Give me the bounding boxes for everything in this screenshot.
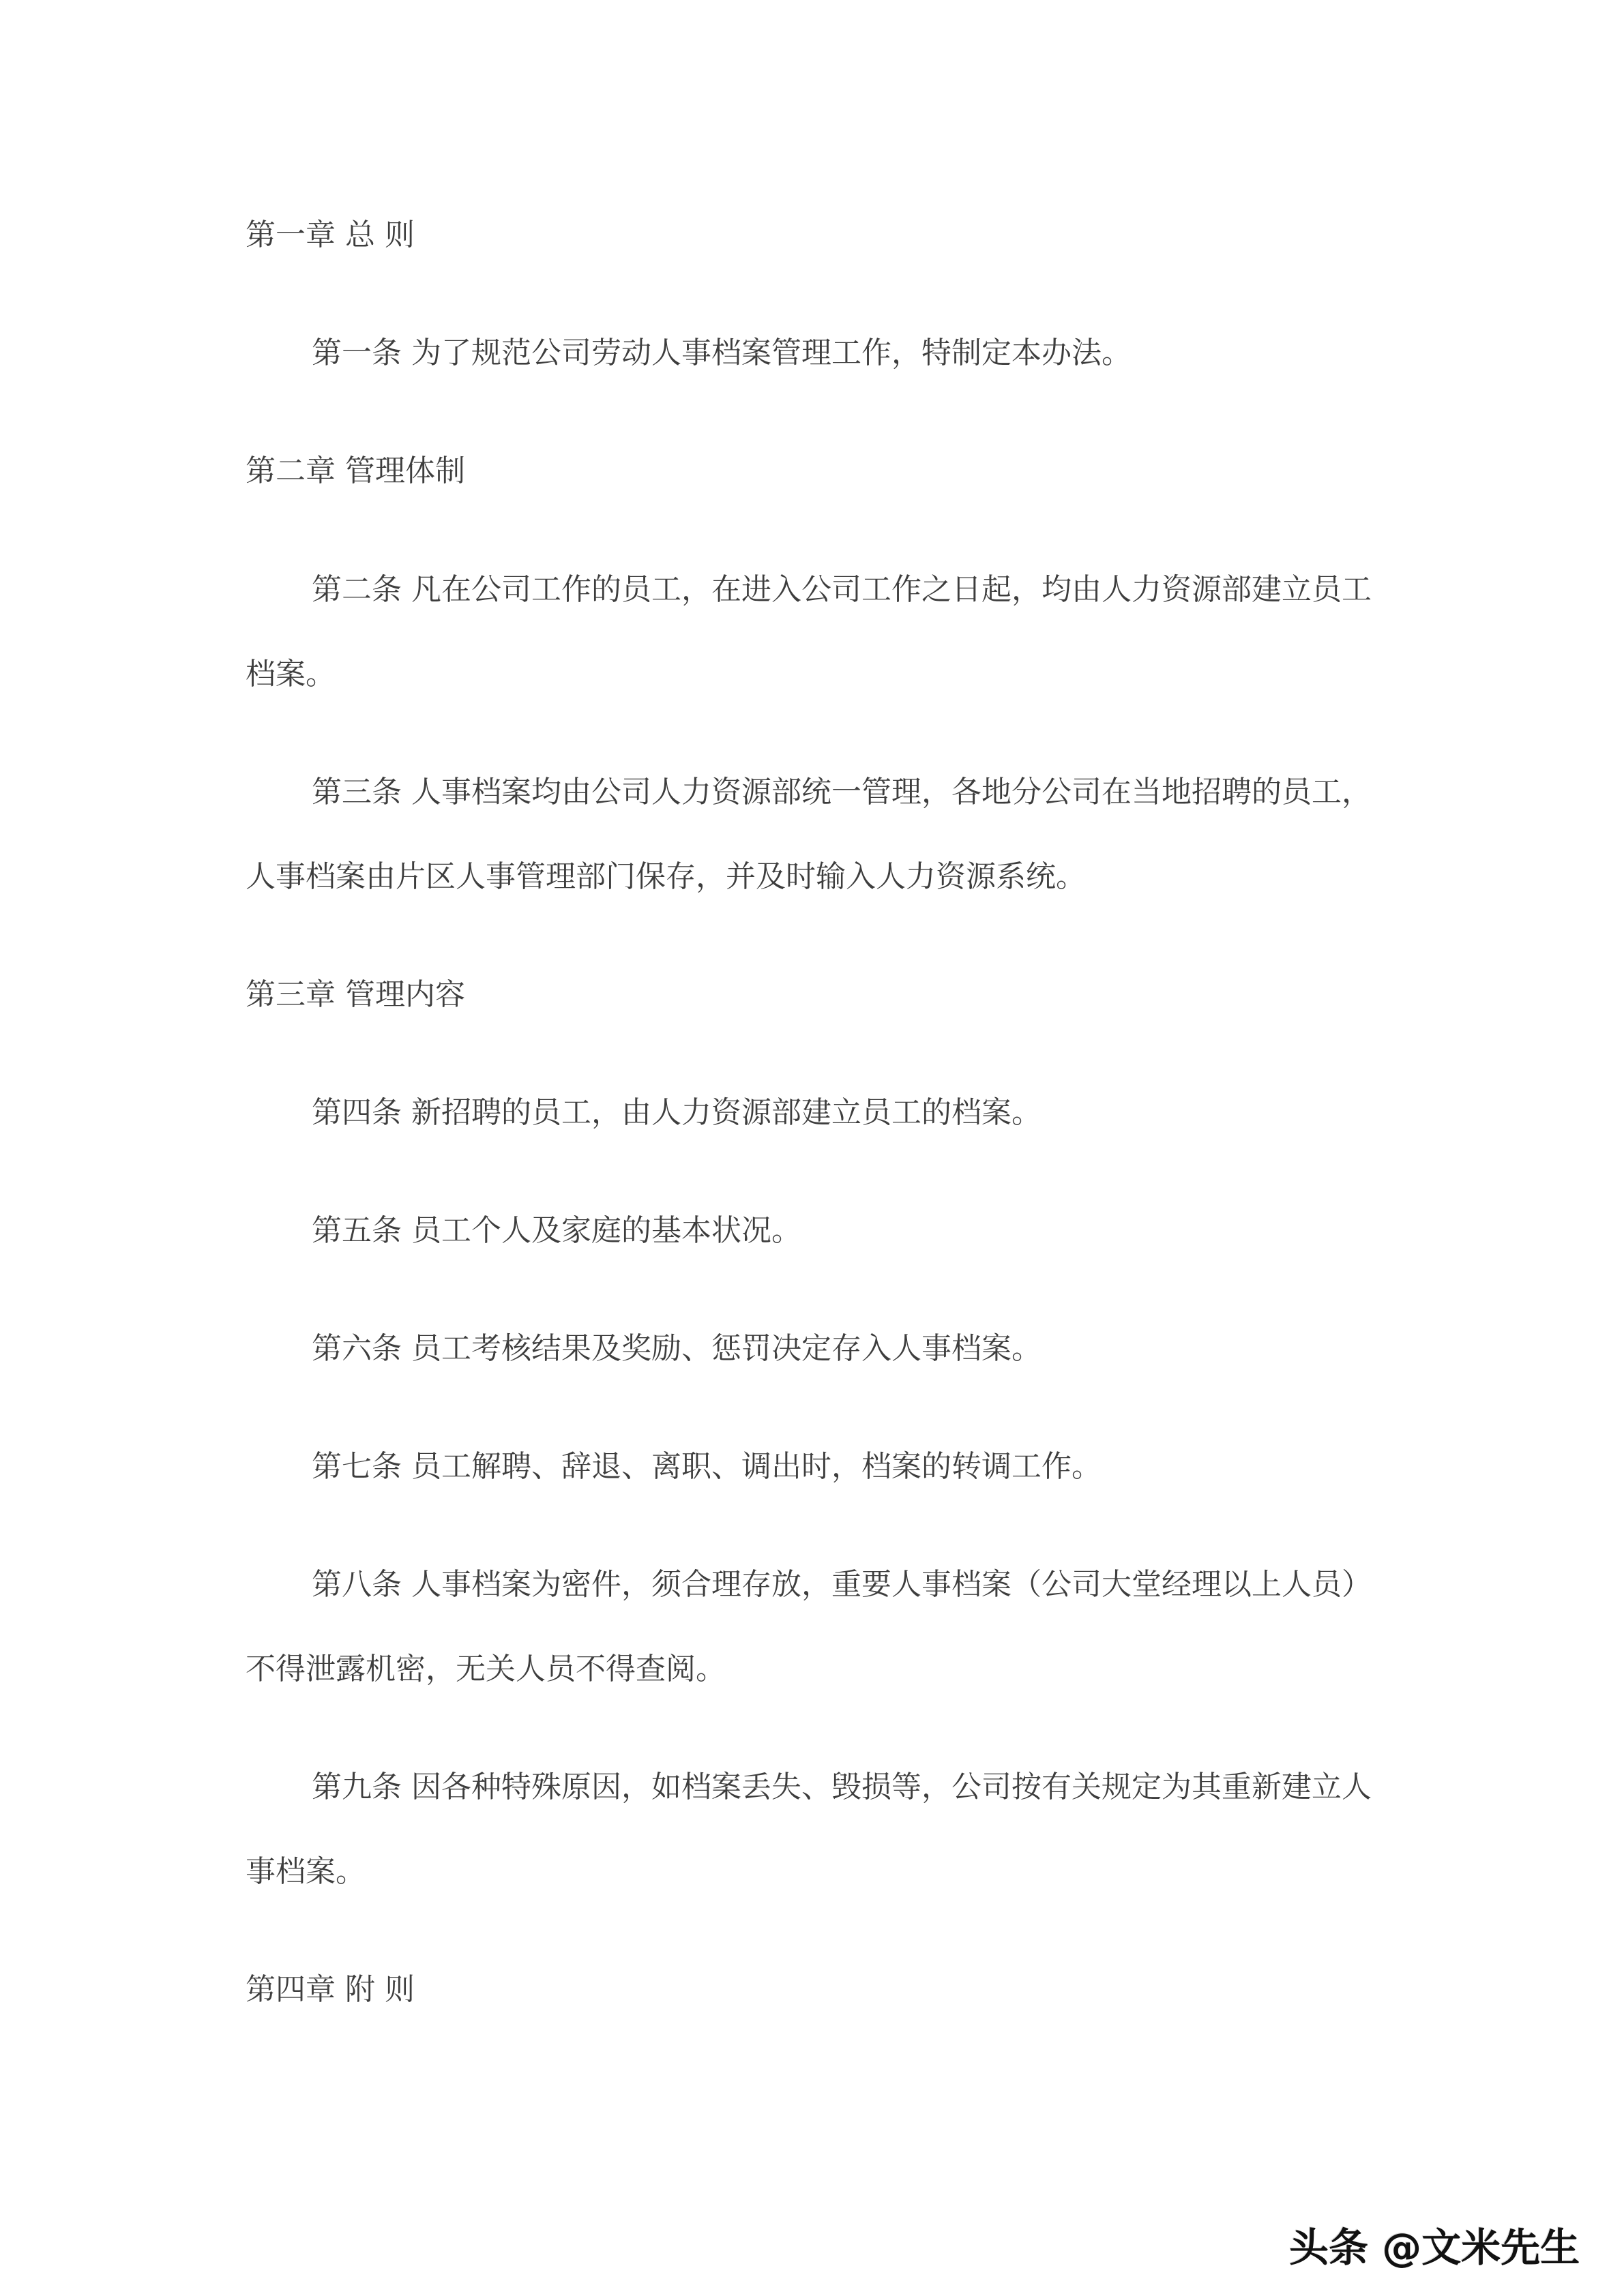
article-9-line-1: 第九条 因各种特殊原因，如档案丢失、毁损等，公司按有关规定为其重新建立人 <box>312 1770 1372 1804</box>
article-5: 第五条 员工个人及家庭的基本状况。 <box>312 1214 801 1248</box>
chapter-heading-3: 第三章 管理内容 <box>246 978 465 1012</box>
article-6: 第六条 员工考核结果及奖励、惩罚决定存入人事档案。 <box>312 1332 1042 1366</box>
chapter-heading-4: 第四章 附 则 <box>246 1973 415 2007</box>
article-3-line-2: 人事档案由片区人事管理部门保存，并及时输入人力资源系统。 <box>246 860 1086 894</box>
chapter-heading-2: 第二章 管理体制 <box>246 454 465 488</box>
article-8-line-2: 不得泄露机密，无关人员不得查阅。 <box>246 1652 726 1686</box>
article-8-line-1: 第八条 人事档案为密件，须合理存放，重要人事档案（公司大堂经理以上人员） <box>312 1568 1372 1602</box>
watermark-text: 头条 @文米先生 <box>1289 2222 1580 2273</box>
article-2-line-1: 第二条 凡在公司工作的员工，在进入公司工作之日起，均由人力资源部建立员工 <box>312 573 1372 607</box>
article-2-line-2: 档案。 <box>246 657 336 691</box>
article-1: 第一条 为了规范公司劳动人事档案管理工作，特制定本办法。 <box>312 336 1132 370</box>
chapter-heading-1: 第一章 总 则 <box>246 218 415 252</box>
article-3-line-1: 第三条 人事档案均由公司人力资源部统一管理，各地分公司在当地招聘的员工， <box>312 775 1372 809</box>
article-9-line-2: 事档案。 <box>246 1855 366 1889</box>
article-7: 第七条 员工解聘、辞退、离职、调出时，档案的转调工作。 <box>312 1450 1102 1484</box>
article-4: 第四条 新招聘的员工，由人力资源部建立员工的档案。 <box>312 1096 1042 1130</box>
